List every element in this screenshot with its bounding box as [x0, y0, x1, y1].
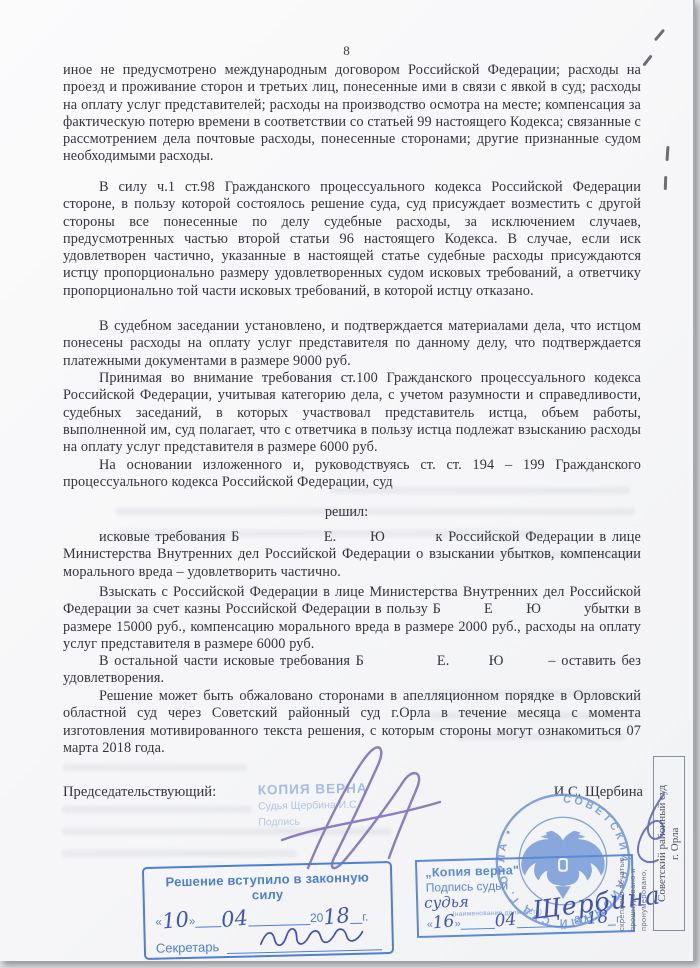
paragraph-art98: В силу ч.1 ст.98 Гражданского процессуал… — [63, 179, 641, 300]
handwritten-month: 04 — [221, 910, 249, 928]
entered-force-stamp: Решение вступило в законную силу « 10 » … — [142, 861, 394, 960]
paragraph-claims: исковые требования Б Е. Ю к Российской Ф… — [63, 529, 641, 581]
staple-mark — [665, 146, 669, 161]
underline — [460, 914, 494, 930]
underline — [195, 912, 221, 928]
scanned-page: 8 иное не предусмотрено международным до… — [0, 0, 695, 961]
paragraph-costs-list: иное не предусмотрено международным дого… — [63, 62, 641, 166]
bleedthrough-line — [62, 850, 297, 857]
secretary-signature-line — [227, 933, 382, 954]
staple-mark — [664, 176, 667, 190]
paragraph-basis: На основании изложенного и, руководствуя… — [63, 457, 641, 492]
staple-mark — [654, 29, 665, 42]
thread-seal-signature-ink — [624, 790, 680, 870]
secretary-label: Секретарь — [156, 939, 220, 956]
handwritten-day: 16 — [432, 913, 455, 931]
handwritten-month: 04 — [494, 912, 517, 930]
secretary-row: Секретарь — [156, 933, 382, 956]
bleedthrough-line — [62, 806, 252, 813]
secretary-signature-ink — [257, 920, 368, 953]
paragraph-hearing-established: В судебном заседании установлено, и подт… — [63, 318, 641, 370]
handwritten-role: судья — [424, 893, 469, 912]
resolution-heading: решил: — [0, 504, 693, 521]
page-number: 8 — [0, 43, 693, 59]
presiding-label: Председательствующий: — [63, 784, 216, 801]
judge-signature-ink — [268, 740, 448, 875]
paragraph-remainder: В остальной части исковые требования Б Е… — [63, 653, 641, 688]
handwritten-day: 10 — [161, 911, 189, 929]
paragraph-art100: Принимая во внимание требования ст.100 Г… — [63, 370, 641, 456]
bleedthrough-line — [62, 764, 247, 771]
paragraph-award: Взыскать с Российской Федерации в лице М… — [63, 584, 641, 653]
entered-force-title: Решение вступило в законную силу — [154, 869, 381, 905]
